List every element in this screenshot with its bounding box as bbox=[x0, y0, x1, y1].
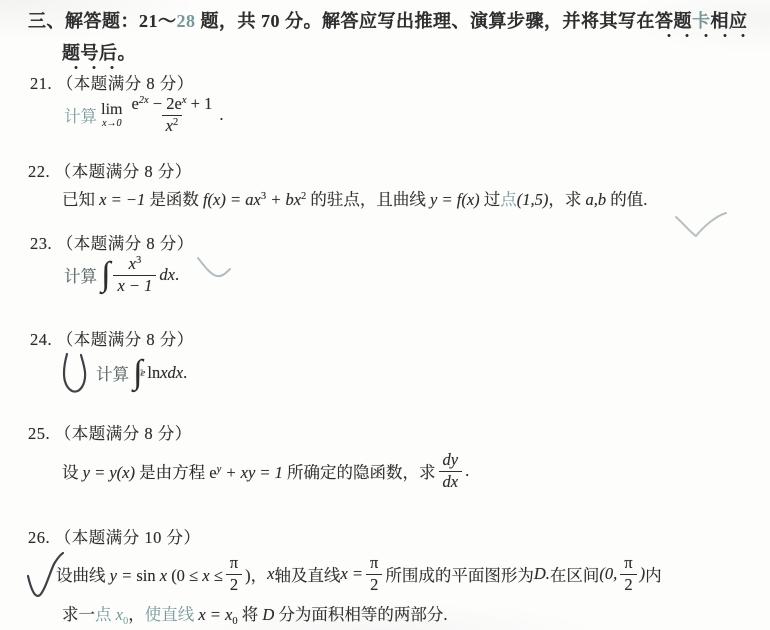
q21-verb: 计算 bbox=[64, 103, 97, 127]
q21-fraction: e2x − 2ex + 1 x2 bbox=[127, 95, 216, 136]
exam-scan-page: { "colors": { "ink": "#2d2d2d", "faded_t… bbox=[0, 0, 770, 630]
pen-mark-check-light bbox=[672, 210, 730, 240]
section-header-line1: 三、解答题：21～28 题，共 70 分。解答应写出推理、演算步骤，并将其写在答… bbox=[28, 7, 748, 33]
section-title: 三、解答题： bbox=[28, 11, 139, 31]
q23-denominator: x − 1 bbox=[113, 275, 156, 296]
q25-points: （本题满分 8 分） bbox=[55, 424, 192, 443]
q23-verb: 计算 bbox=[64, 263, 97, 287]
question-21-formula: 计算 limx→0 e2x − 2ex + 1 x2 . bbox=[64, 92, 223, 138]
q25-number: 25. bbox=[28, 424, 50, 443]
q24-verb: 计算 bbox=[96, 361, 129, 385]
q21-period: . bbox=[219, 105, 223, 125]
q22-points: （本题满分 8 分） bbox=[55, 162, 192, 181]
pi-over-2-fraction: π2 bbox=[226, 554, 242, 595]
emphasized-card-char: 卡 bbox=[692, 11, 711, 38]
question-25-body: 设 y = y(x) 是由方程 ey + xy = 1 所确定的隐函数，求 dy… bbox=[62, 446, 469, 496]
question-22-header: 22. （本题满分 8 分） bbox=[28, 158, 192, 182]
question-21-header: 21. （本题满分 8 分） bbox=[30, 70, 194, 94]
q24-dx: dx bbox=[168, 363, 184, 383]
q23-fraction: x3 x − 1 bbox=[113, 255, 156, 296]
q24-period: . bbox=[183, 363, 187, 383]
emphasized-corresponding: 相应 bbox=[711, 11, 748, 38]
q25-derivative-fraction: dydx bbox=[439, 451, 463, 492]
q24-number: 24. bbox=[30, 330, 52, 349]
q23-period: . bbox=[175, 265, 179, 285]
q24-points: （本题满分 8 分） bbox=[57, 330, 194, 349]
pen-mark-check-dark bbox=[25, 551, 65, 603]
question-24-header: 24. （本题满分 8 分） bbox=[30, 326, 194, 350]
q21-number: 21. bbox=[30, 74, 52, 93]
q21-denominator: x2 bbox=[162, 115, 183, 136]
question-26-line1: 设曲线 y = sin x (0 ≤ x ≤ π2 )， x 轴及直线 x = … bbox=[56, 550, 662, 598]
question-range: 21～ bbox=[139, 11, 177, 31]
q24-x: x bbox=[160, 363, 167, 383]
pi-over-2-fraction: π2 bbox=[366, 554, 382, 595]
question-23-formula: 计算 ∫ x3 x − 1 dx. bbox=[64, 250, 179, 300]
header-mid-text: 题，共 70 分。解答应写出推理、演算步骤，并将其写在 bbox=[196, 11, 656, 31]
q26-points: （本题满分 10 分） bbox=[55, 528, 201, 547]
q21-numerator: e2x − 2ex + 1 bbox=[127, 95, 216, 115]
q24-ln: ln bbox=[147, 363, 160, 383]
limit-operator: limx→0 bbox=[101, 102, 122, 129]
pen-mark-u-dark bbox=[60, 350, 94, 396]
q23-dx: dx bbox=[159, 265, 175, 285]
question-22-body: 已知 x = −1 是函数 f(x) = ax3 + bx2 的驻点，且曲线 y… bbox=[62, 186, 647, 210]
q25-period: . bbox=[465, 461, 469, 481]
emphasized-question-number: 题号后 bbox=[62, 43, 118, 70]
question-26-header: 26. （本题满分 10 分） bbox=[28, 524, 201, 548]
pi-over-2-fraction: π2 bbox=[620, 554, 636, 595]
integral-lower-bound: 1 bbox=[139, 368, 144, 379]
q21-points: （本题满分 8 分） bbox=[57, 74, 194, 93]
q23-number: 23. bbox=[30, 234, 52, 253]
question-25-header: 25. （本题满分 8 分） bbox=[28, 420, 192, 444]
q26-number: 26. bbox=[28, 528, 50, 547]
pen-mark-squiggle-light bbox=[195, 255, 233, 281]
question-26-line2: 求一点 x0，使直线 x = x0 将 D 分为面积相等的两部分. bbox=[62, 601, 448, 627]
header-period: 。 bbox=[118, 43, 137, 63]
emphasized-answer-sheet: 答题 bbox=[655, 11, 692, 38]
section-header-line2: 题号后。 bbox=[62, 39, 136, 65]
question-24-formula: 计算 ∫e1 ln xdx. bbox=[96, 352, 187, 394]
question-range-faded: 28 bbox=[177, 11, 196, 31]
q22-number: 22. bbox=[28, 162, 50, 181]
q23-numerator: x3 bbox=[125, 255, 146, 275]
